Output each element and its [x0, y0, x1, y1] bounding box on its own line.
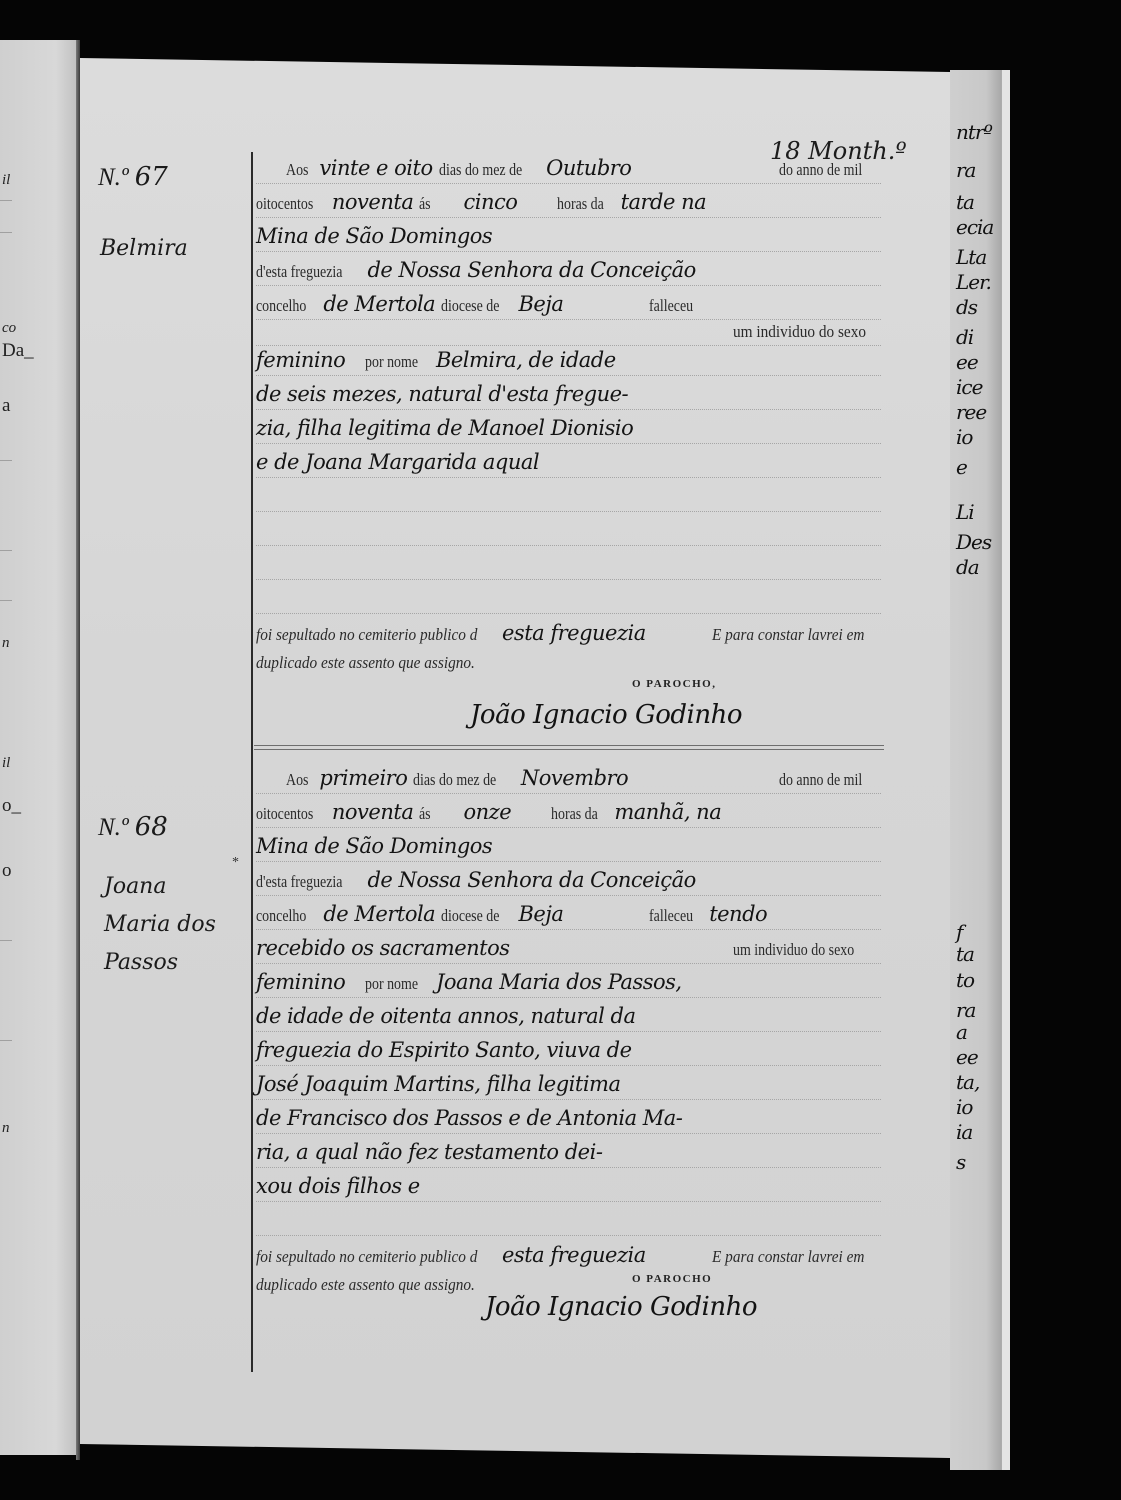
- left-fragment: il: [2, 755, 10, 772]
- entry-line: d'esta freguezia de Nossa Senhora da Con…: [256, 252, 881, 286]
- entry-divider: [254, 745, 884, 750]
- entry-number: N.º68: [98, 812, 168, 842]
- right-fragment: ra: [956, 998, 975, 1022]
- parish: de Nossa Senhora da Conceição: [367, 258, 695, 282]
- right-fragment: e: [956, 455, 967, 479]
- entry-line: Mina de São Domingos: [256, 828, 881, 862]
- entry-line: Mina de São Domingos: [256, 218, 881, 252]
- death-year: noventa: [332, 800, 413, 824]
- sex: feminino: [256, 970, 345, 994]
- right-fragment: io: [956, 425, 972, 449]
- entry-line: d'esta freguezia de Nossa Senhora da Con…: [256, 862, 881, 896]
- entry-margin-name: Belmira: [100, 230, 188, 268]
- death-month: Outubro: [546, 156, 631, 180]
- death-month: Novembro: [521, 766, 628, 790]
- book-gutter: [76, 40, 80, 1460]
- right-fragment: a: [956, 1020, 967, 1044]
- parish: de Nossa Senhora da Conceição: [367, 868, 695, 892]
- right-fragment: s: [956, 1150, 965, 1174]
- sacraments: recebido os sacramentos: [256, 936, 510, 960]
- deceased-name: Joana Maria dos Passos,: [436, 970, 682, 994]
- left-fragment: n: [2, 635, 10, 652]
- entry-body-line: e de Joana Margarida aqual: [256, 444, 881, 478]
- right-fragment: io: [956, 1095, 972, 1119]
- left-fragment: il: [2, 172, 10, 189]
- entry-line: Aos vinte e oito dias do mez de Outubro …: [256, 150, 881, 184]
- death-place: Mina de São Domingos: [256, 834, 492, 858]
- right-page-fragments: ntrº ra ta ecia Lta Ler. ds di ee ice re…: [950, 70, 1010, 1470]
- right-fragment: ta,: [956, 1070, 979, 1094]
- municipality: de Mertola: [323, 902, 435, 926]
- right-fragment: ee: [956, 1045, 978, 1069]
- right-fragment: Ler.: [956, 270, 991, 294]
- entry-line: oitocentos noventa ás onze horas da manh…: [256, 794, 881, 828]
- diocese: Beja: [518, 902, 563, 926]
- entry-body-line: xou dois filhos e: [256, 1168, 881, 1202]
- entry-number: N.º67: [98, 162, 168, 192]
- entry-body-line: de idade de oitenta annos, natural da: [256, 998, 881, 1032]
- right-fragment: ra: [956, 158, 975, 182]
- death-hour: onze: [464, 800, 512, 824]
- entry-line: feminino por nome Belmira, de idade: [256, 342, 881, 376]
- death-period: manhã, na: [614, 800, 721, 824]
- right-fragment: ecia: [956, 215, 993, 239]
- entry-body-line: José Joaquim Martins, filha legitima: [256, 1066, 881, 1100]
- entry-number-value: 68: [135, 812, 168, 842]
- right-fragment: ee: [956, 350, 978, 374]
- priest-signature: João Ignacio Godinho: [485, 1292, 757, 1322]
- right-fragment: di: [956, 325, 973, 349]
- death-day: vinte e oito: [319, 156, 432, 180]
- right-fragment: ds: [956, 295, 977, 319]
- left-fragment: co: [2, 320, 16, 337]
- entry-line: Aos primeiro dias do mez de Novembro do …: [256, 760, 881, 794]
- priest-signature: João Ignacio Godinho: [470, 700, 742, 730]
- entry-margin-name: Joana Maria dos Passos: [104, 868, 234, 982]
- right-fragment: ta: [956, 190, 974, 214]
- entry-number-value: 67: [135, 162, 168, 192]
- death-place: Mina de São Domingos: [256, 224, 492, 248]
- entry-line: um individuo do sexo: [256, 312, 881, 346]
- left-fragment: Da_: [2, 340, 34, 362]
- sex: feminino: [256, 348, 345, 372]
- death-period: tarde na: [621, 190, 707, 214]
- entry-body-line: zia, filha legitima de Manoel Dionisio: [256, 410, 881, 444]
- left-fragment: n: [2, 1120, 10, 1137]
- entry-body-line: ria, a qual não fez testamento dei-: [256, 1134, 881, 1168]
- parocho-label: O PAROCHO,: [632, 678, 716, 690]
- left-fragment: o: [2, 860, 12, 882]
- deceased-name: Belmira, de idade: [436, 348, 616, 372]
- entry-line: recebido os sacramentos um individuo do …: [256, 930, 881, 964]
- right-fragment: to: [956, 968, 974, 992]
- entry-line: feminino por nome Joana Maria dos Passos…: [256, 964, 881, 998]
- asterisk-mark: *: [232, 855, 239, 871]
- right-fragment: ntrº: [956, 120, 992, 144]
- entry-line: oitocentos noventa ás cinco horas da tar…: [256, 184, 881, 218]
- entry-line: concelho de Mertola diocese de Beja fall…: [256, 896, 881, 930]
- margin-rule: [251, 152, 253, 1372]
- right-fragment: f: [956, 920, 962, 944]
- left-fragment: o_: [2, 795, 21, 817]
- right-fragment: Li: [956, 500, 974, 524]
- right-fragment: ta: [956, 942, 974, 966]
- right-fragment: Lta: [956, 245, 986, 269]
- after-falleceu: tendo: [709, 902, 767, 926]
- left-fragment: a: [2, 395, 10, 417]
- right-fragment: ia: [956, 1120, 972, 1144]
- right-fragment: ice: [956, 375, 982, 399]
- death-year: noventa: [332, 190, 413, 214]
- death-day: primeiro: [319, 766, 407, 790]
- right-fragment: Des: [956, 530, 991, 554]
- parocho-label: O PAROCHO: [632, 1273, 712, 1285]
- right-fragment: da: [956, 555, 979, 579]
- entry-body-line: de seis mezes, natural d'esta fregue-: [256, 376, 881, 410]
- entry-body-line: freguezia do Espirito Santo, viuva de: [256, 1032, 881, 1066]
- right-fragment: ree: [956, 400, 986, 424]
- left-page-fragment: il co Da_ a n il o_ o n: [0, 40, 80, 1455]
- entry-body-line: de Francisco dos Passos e de Antonia Ma-: [256, 1100, 881, 1134]
- death-hour: cinco: [464, 190, 518, 214]
